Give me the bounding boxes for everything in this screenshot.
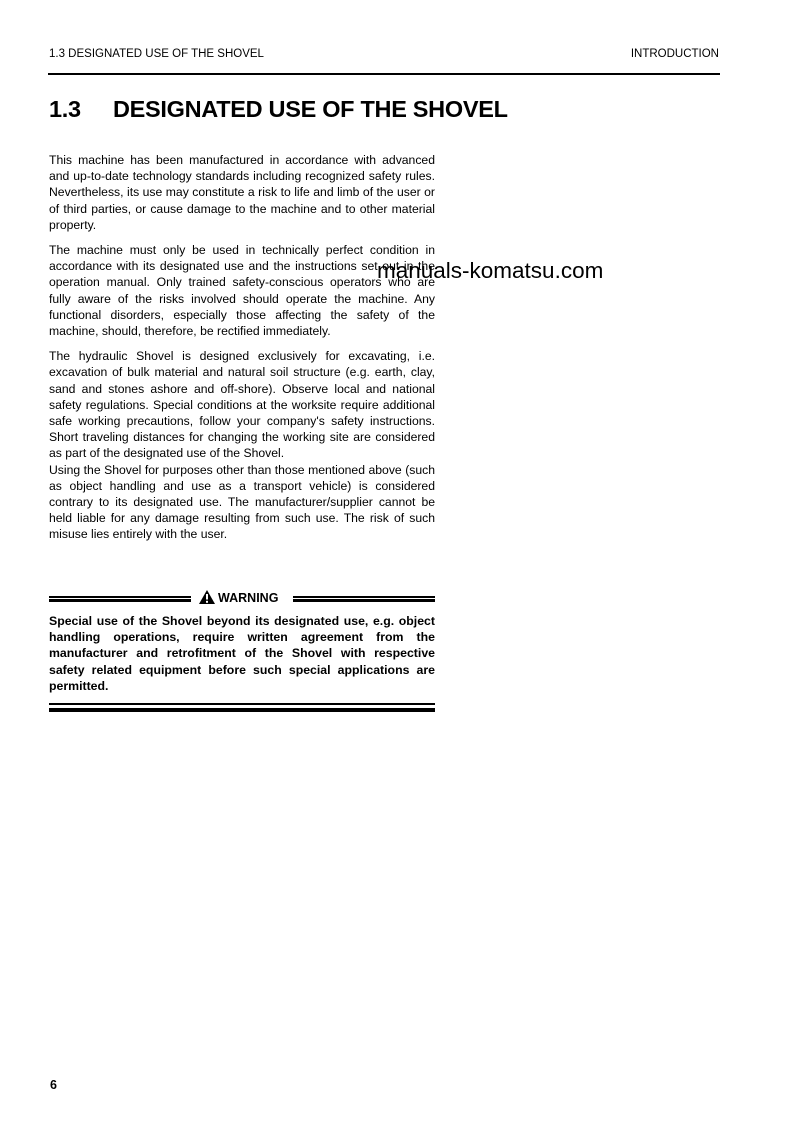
paragraph: The hydraulic Shovel is designed exclusi…	[49, 348, 435, 461]
header-rule	[48, 73, 720, 75]
warning-end-rule-thin	[49, 703, 435, 705]
paragraph: Using the Shovel for purposes other than…	[49, 462, 435, 543]
paragraph: This machine has been manufactured in ac…	[49, 152, 435, 233]
warning-end-rule-thick	[49, 708, 435, 712]
running-header-chapter: INTRODUCTION	[631, 47, 719, 61]
warning-triangle-icon	[199, 590, 215, 604]
warning-end-rule	[49, 703, 435, 712]
page-number: 6	[50, 1078, 57, 1092]
warning-rule-left	[49, 596, 191, 601]
warning-rule-right	[293, 596, 435, 601]
paragraph: The machine must only be used in technic…	[49, 242, 435, 339]
warning-label-text: WARNING	[218, 591, 278, 605]
watermark: manuals-komatsu.com	[377, 258, 603, 284]
running-header: 1.3 DESIGNATED USE OF THE SHOVEL INTRODU…	[49, 47, 719, 61]
warning-header: WARNING	[49, 590, 435, 606]
body-text: This machine has been manufactured in ac…	[49, 152, 435, 552]
section-title-text: DESIGNATED USE OF THE SHOVEL	[113, 96, 508, 122]
page-title: 1.3DESIGNATED USE OF THE SHOVEL	[49, 94, 508, 124]
running-header-section: 1.3 DESIGNATED USE OF THE SHOVEL	[49, 47, 264, 61]
warning-text: Special use of the Shovel beyond its des…	[49, 613, 435, 694]
section-number: 1.3	[49, 94, 113, 124]
warning-label: WARNING	[199, 590, 278, 606]
